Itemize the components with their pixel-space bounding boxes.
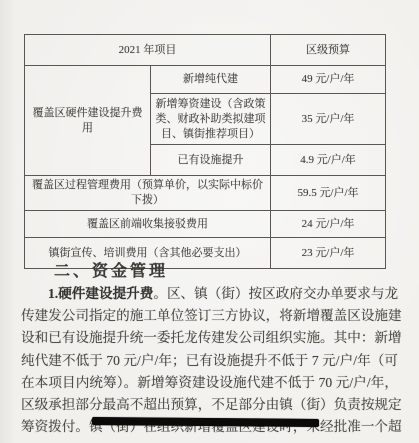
item-cell: 覆盖区前端收集接驳费用: [25, 211, 271, 238]
table-row: 覆盖区前端收集接驳费用 24 元/户/年: [25, 211, 386, 238]
paragraph-line-text: 。区、镇（街）按区政府交办单要求与龙: [153, 286, 398, 301]
budget-cell: 24 元/户/年: [271, 211, 386, 238]
paragraph-bold-lead: 1.硬件建设提升费: [48, 286, 153, 301]
section-heading: 二、资金管理: [54, 258, 168, 281]
paragraph-line: 纯代建不低于 70 元/户/年；已有设施提升不低于 7 元/户/年（可: [21, 350, 398, 372]
scanned-document-page: 2021 年项目 区级预算 覆盖区硬件建设提升费用 新增纯代建 49 元/户/年…: [0, 0, 419, 443]
budget-cell: 49 元/户/年: [271, 66, 386, 94]
header-budget-cell: 区级预算: [271, 35, 386, 66]
group-label-cell: 覆盖区硬件建设提升费用: [25, 66, 151, 176]
body-paragraph: 1.硬件建设提升费。区、镇（街）按区政府交办单要求与龙 传建发公司指定的施工单位…: [21, 283, 398, 438]
budget-cell: 59.5 元/户/年: [271, 176, 386, 211]
table-row: 覆盖区过程管理费用（预算单价，以实际中标价下拨） 59.5 元/户/年: [25, 176, 386, 211]
paragraph-line: 设和已有设施提升统一委托龙传建发公司组织实施。其中：新增: [21, 327, 398, 349]
budget-cell: 35 元/户/年: [271, 94, 386, 145]
table-row: 覆盖区硬件建设提升费用 新增纯代建 49 元/户/年: [25, 66, 386, 94]
budget-cell: 23 元/户/年: [271, 238, 386, 269]
item-cell: 新增纯代建: [151, 66, 271, 94]
item-cell: 覆盖区过程管理费用（预算单价，以实际中标价下拨）: [25, 176, 271, 211]
budget-cell: 4.9 元/户/年: [271, 145, 386, 176]
paragraph-line: 传建发公司指定的施工单位签订三方协议，将新增覆盖区设施建: [21, 305, 398, 327]
header-project-cell: 2021 年项目: [25, 35, 271, 66]
paragraph-line: 在本项目内统筹）。新增筹资建设设施代建不低于 70 元/户/年，: [21, 372, 398, 394]
item-cell: 新增筹资建设（含政策类、财政补助类拟建项目、镇街推荐项目）: [151, 94, 271, 145]
paragraph-line: 区级承担部分最高不超出预算，不足部分由镇（街）负责按规定: [21, 394, 398, 416]
budget-table: 2021 年项目 区级预算 覆盖区硬件建设提升费用 新增纯代建 49 元/户/年…: [24, 34, 386, 269]
paragraph-line: 1.硬件建设提升费。区、镇（街）按区政府交办单要求与龙: [21, 283, 398, 305]
table-header-row: 2021 年项目 区级预算: [25, 35, 386, 66]
item-cell: 已有设施提升: [151, 145, 271, 176]
